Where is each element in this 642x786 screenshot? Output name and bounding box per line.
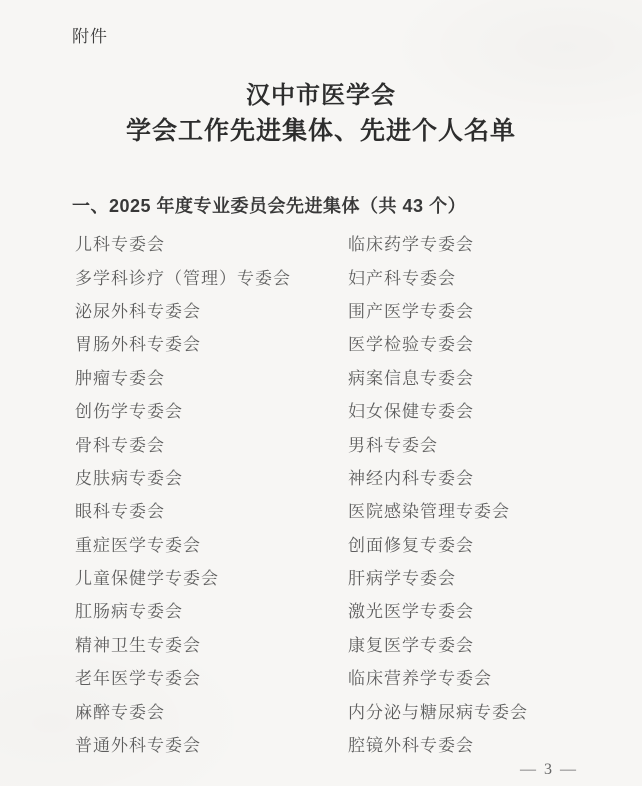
committee-name: 病案信息专委会 <box>348 364 642 389</box>
committee-row: 儿童保健学专委会 肝病学专委会 <box>75 560 642 593</box>
title-line-1: 汉中市医学会 <box>0 79 642 113</box>
committee-row: 创伤学专委会 妇女保健专委会 <box>75 393 642 426</box>
committee-name: 胃肠外科专委会 <box>75 330 348 355</box>
committee-name: 医院感染管理专委会 <box>348 497 642 522</box>
committee-name: 临床营养学专委会 <box>348 664 642 689</box>
committee-name: 腔镜外科专委会 <box>348 731 642 756</box>
committee-name: 精神卫生专委会 <box>75 631 348 656</box>
committee-row: 麻醉专委会 内分泌与糖尿病专委会 <box>75 693 642 726</box>
committee-name: 多学科诊疗（管理）专委会 <box>75 264 348 289</box>
committee-row: 老年医学专委会 临床营养学专委会 <box>75 660 642 693</box>
document-title: 汉中市医学会 学会工作先进集体、先进个人名单 <box>0 79 642 150</box>
committee-name: 医学检验专委会 <box>348 330 642 355</box>
committee-row: 肛肠病专委会 激光医学专委会 <box>75 593 642 626</box>
page-number: — 3 — <box>520 761 578 779</box>
committee-row: 泌尿外科专委会 围产医学专委会 <box>75 293 642 326</box>
committee-row: 骨科专委会 男科专委会 <box>75 426 642 459</box>
committee-name: 皮肤病专委会 <box>75 464 348 489</box>
committee-row: 普通外科专委会 腔镜外科专委会 <box>75 727 642 760</box>
committee-row: 皮肤病专委会 神经内科专委会 <box>75 460 642 493</box>
committee-row: 多学科诊疗（管理）专委会 妇产科专委会 <box>75 259 642 292</box>
committee-name: 儿童保健学专委会 <box>75 564 348 589</box>
committee-name: 肛肠病专委会 <box>75 597 348 622</box>
committee-name: 创面修复专委会 <box>348 531 642 556</box>
committee-name: 妇产科专委会 <box>348 264 642 289</box>
committee-name: 激光医学专委会 <box>348 597 642 622</box>
committee-name: 临床药学专委会 <box>348 230 642 255</box>
committee-row: 重症医学专委会 创面修复专委会 <box>75 527 642 560</box>
committee-name: 骨科专委会 <box>75 431 348 456</box>
committee-name: 肝病学专委会 <box>348 564 642 589</box>
committee-name: 麻醉专委会 <box>75 698 348 723</box>
committee-name: 妇女保健专委会 <box>348 397 642 422</box>
committee-name: 男科专委会 <box>348 431 642 456</box>
section-heading: 一、2025 年度专业委员会先进集体（共 43 个） <box>72 194 642 218</box>
committee-name: 重症医学专委会 <box>75 531 348 556</box>
committee-name: 老年医学专委会 <box>75 664 348 689</box>
committee-name: 康复医学专委会 <box>348 631 642 656</box>
committee-name: 肿瘤专委会 <box>75 364 348 389</box>
committee-row: 胃肠外科专委会 医学检验专委会 <box>75 326 642 359</box>
committee-name: 眼科专委会 <box>75 497 348 522</box>
committee-name: 儿科专委会 <box>75 230 348 255</box>
committee-name: 神经内科专委会 <box>348 464 642 489</box>
document-page: 附件 汉中市医学会 学会工作先进集体、先进个人名单 一、2025 年度专业委员会… <box>0 0 642 786</box>
committee-name: 内分泌与糖尿病专委会 <box>348 698 642 723</box>
committee-list: 儿科专委会 临床药学专委会 多学科诊疗（管理）专委会 妇产科专委会 泌尿外科专委… <box>75 226 642 760</box>
committee-name: 创伤学专委会 <box>75 397 348 422</box>
attachment-label: 附件 <box>72 22 642 47</box>
title-line-2: 学会工作先进集体、先进个人名单 <box>0 113 642 150</box>
committee-name: 泌尿外科专委会 <box>75 297 348 322</box>
committee-row: 儿科专委会 临床药学专委会 <box>75 226 642 259</box>
committee-row: 眼科专委会 医院感染管理专委会 <box>75 493 642 526</box>
committee-row: 肿瘤专委会 病案信息专委会 <box>75 360 642 393</box>
committee-name: 普通外科专委会 <box>75 731 348 756</box>
committee-row: 精神卫生专委会 康复医学专委会 <box>75 627 642 660</box>
committee-name: 围产医学专委会 <box>348 297 642 322</box>
